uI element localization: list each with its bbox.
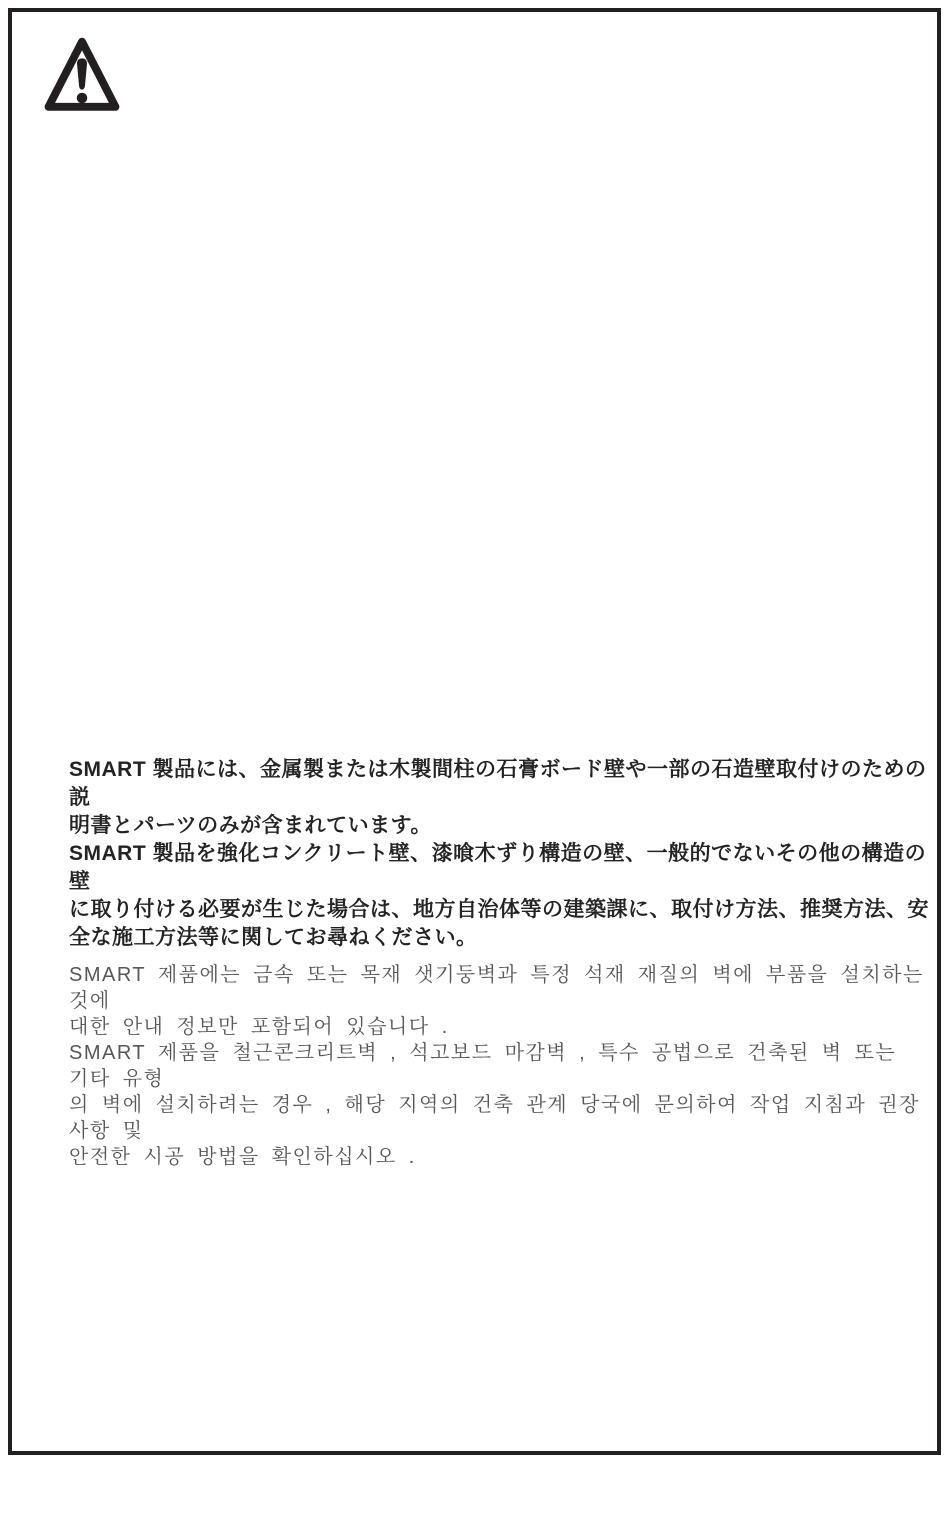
korean-notice-text: SMART 제품에는 금속 또는 목재 샛기둥벽과 특정 석재 재질의 벽에 부… xyxy=(69,962,929,1170)
manual-page: SMART 製品には、金属製または木製間柱の石膏ボード壁や一部の石造壁取付けのた… xyxy=(0,0,950,1538)
japanese-notice-text: SMART 製品には、金属製または木製間柱の石膏ボード壁や一部の石造壁取付けのた… xyxy=(69,756,929,952)
page-border-frame: SMART 製品には、金属製または木製間柱の石膏ボード壁や一部の石造壁取付けのた… xyxy=(8,8,941,1455)
notice-text-area: SMART 製品には、金属製または木製間柱の石膏ボード壁や一部の石造壁取付けのた… xyxy=(69,756,929,1170)
warning-triangle-icon xyxy=(38,30,126,122)
